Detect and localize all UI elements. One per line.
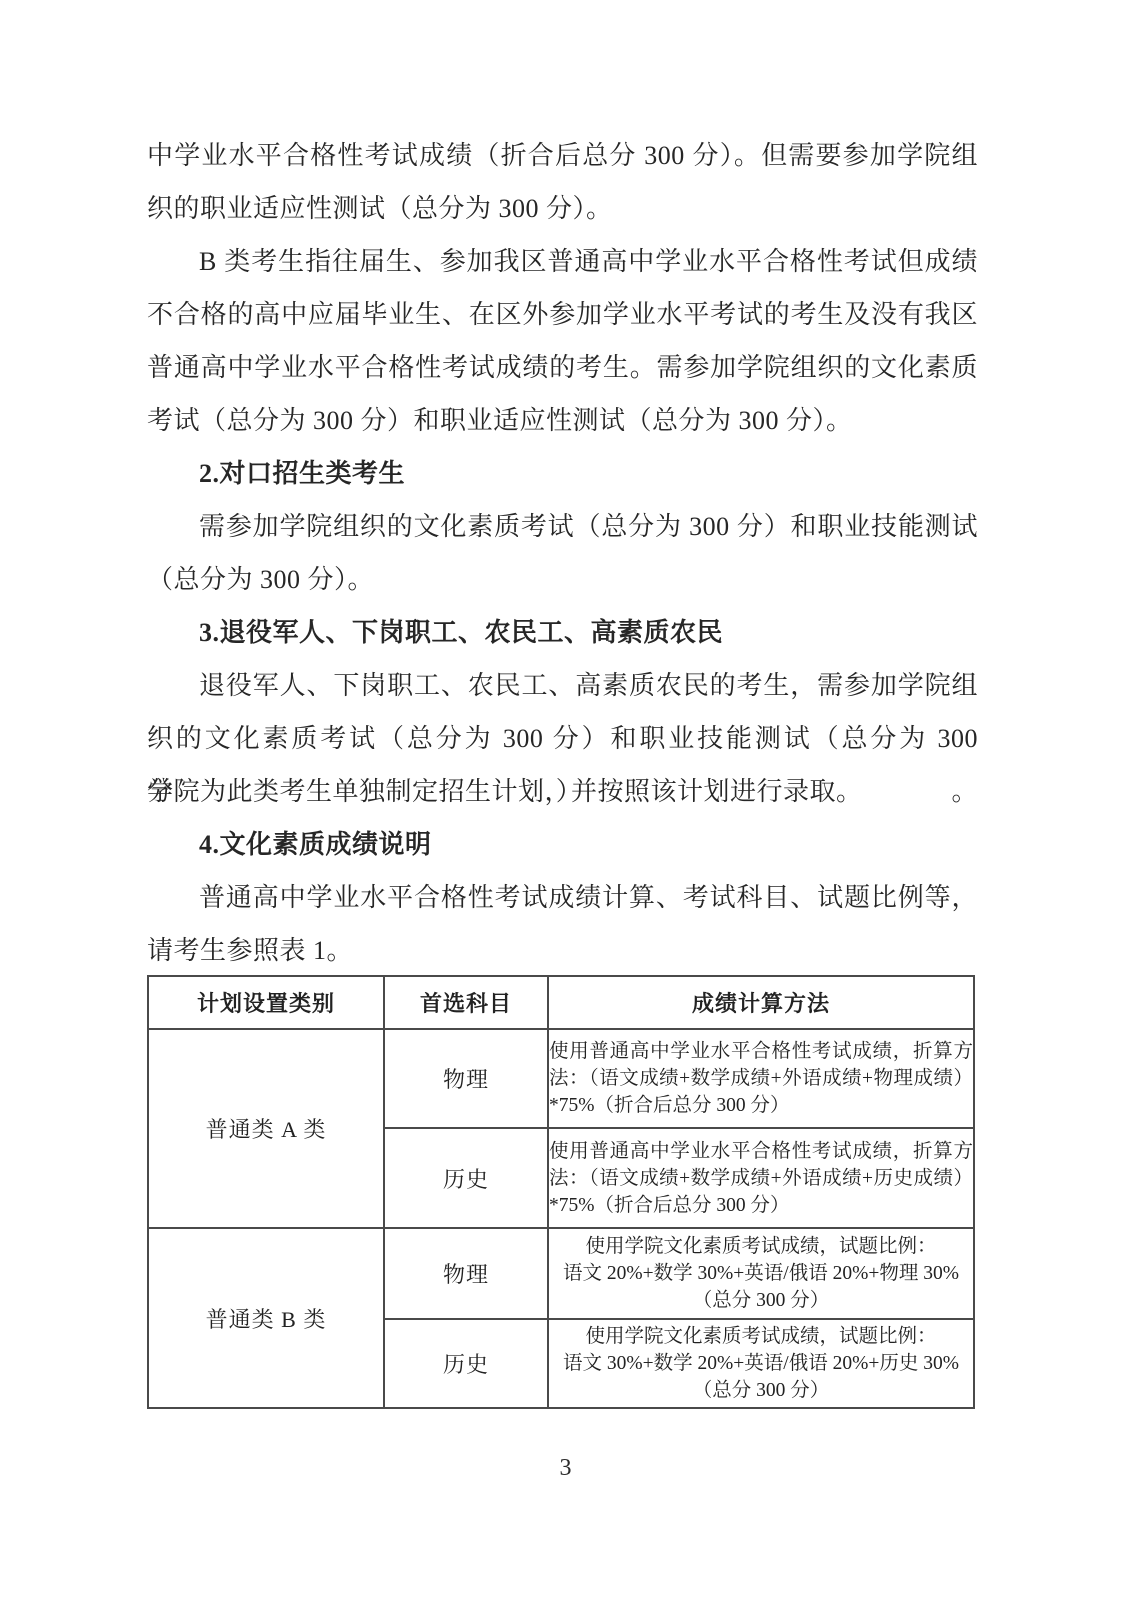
score-table: 计划设置类别 首选科目 成绩计算方法 普通类 A 类 物理 使用普通高中学业水平… xyxy=(147,975,975,1409)
paragraph-duikou-line: （总分为 300 分）。 xyxy=(147,553,978,606)
section-heading-4: 4.文化素质成绩说明 xyxy=(147,818,978,871)
page-number: 3 xyxy=(0,1452,1131,1485)
method-cell-a-physics: 使用普通高中学业水平合格性考试成绩，折算方法：（语文成绩+数学成绩+外语成绩+物… xyxy=(548,1029,974,1128)
paragraph-b-class-line: 考试（总分为 300 分）和职业适应性测试（总分为 300 分）。 xyxy=(147,394,978,447)
paragraph-b-class-line: 不合格的高中应届毕业生、在区外参加学业水平考试的考生及没有我区 xyxy=(147,288,978,341)
method-cell-a-history: 使用普通高中学业水平合格性考试成绩，折算方法：（语文成绩+数学成绩+外语成绩+历… xyxy=(548,1128,974,1228)
paragraph-continuation-line: 织的职业适应性测试（总分为 300 分）。 xyxy=(147,182,978,235)
category-cell-a: 普通类 A 类 xyxy=(148,1029,384,1228)
paragraph-veterans-line: 退役军人、下岗职工、农民工、高素质农民的考生，需参加学院组 xyxy=(147,659,978,712)
method-cell-b-physics: 使用学院文化素质考试成绩，试题比例： 语文 20%+数学 30%+英语/俄语 2… xyxy=(548,1228,974,1319)
paragraph-table-intro-line: 请考生参照表 1。 xyxy=(147,924,978,977)
paragraph-table-intro-line: 普通高中学业水平合格性考试成绩计算、考试科目、试题比例等， xyxy=(147,871,978,924)
header-cell-category: 计划设置类别 xyxy=(148,976,384,1029)
paragraph-duikou-line: 需参加学院组织的文化素质考试（总分为 300 分）和职业技能测试 xyxy=(147,500,978,553)
paragraph-b-class-line: B 类考生指往届生、参加我区普通高中学业水平合格性考试但成绩 xyxy=(147,235,978,288)
category-cell-b: 普通类 B 类 xyxy=(148,1228,384,1408)
table-row: 普通类 B 类 物理 使用学院文化素质考试成绩，试题比例： 语文 20%+数学 … xyxy=(148,1228,974,1319)
subject-cell-b-physics: 物理 xyxy=(384,1228,548,1319)
subject-cell-a-history: 历史 xyxy=(384,1128,548,1228)
paragraph-veterans-line: 学院为此类考生单独制定招生计划，并按照该计划进行录取。 xyxy=(147,765,978,818)
score-table-section: 计划设置类别 首选科目 成绩计算方法 普通类 A 类 物理 使用普通高中学业水平… xyxy=(147,975,975,1409)
document-page: 中学业水平合格性考试成绩（折合后总分 300 分）。但需要参加学院组 织的职业适… xyxy=(0,0,1131,1600)
paragraph-veterans-line: 织的文化素质考试（总分为 300 分）和职业技能测试（总分为 300 分）。 xyxy=(147,712,978,765)
paragraph-continuation-line: 中学业水平合格性考试成绩（折合后总分 300 分）。但需要参加学院组 xyxy=(147,129,978,182)
table-row: 普通类 A 类 物理 使用普通高中学业水平合格性考试成绩，折算方法：（语文成绩+… xyxy=(148,1029,974,1128)
subject-cell-a-physics: 物理 xyxy=(384,1029,548,1128)
paragraph-b-class-line: 普通高中学业水平合格性考试成绩的考生。需参加学院组织的文化素质 xyxy=(147,341,978,394)
header-cell-method: 成绩计算方法 xyxy=(548,976,974,1029)
section-heading-3: 3.退役军人、下岗职工、农民工、高素质农民 xyxy=(147,606,978,659)
table-header-row: 计划设置类别 首选科目 成绩计算方法 xyxy=(148,976,974,1029)
header-cell-subject: 首选科目 xyxy=(384,976,548,1029)
subject-cell-b-history: 历史 xyxy=(384,1319,548,1408)
method-cell-b-history: 使用学院文化素质考试成绩，试题比例： 语文 30%+数学 20%+英语/俄语 2… xyxy=(548,1319,974,1408)
document-body: 中学业水平合格性考试成绩（折合后总分 300 分）。但需要参加学院组 织的职业适… xyxy=(147,129,978,977)
section-heading-2: 2.对口招生类考生 xyxy=(147,447,978,500)
